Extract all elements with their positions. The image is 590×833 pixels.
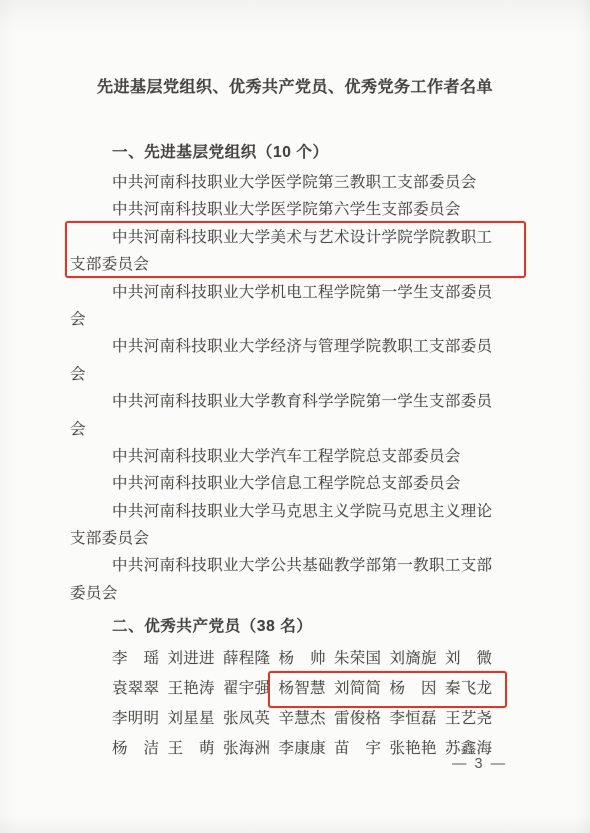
org-line: 中共河南科技职业大学马克思主义学院马克思主义理论 xyxy=(70,498,536,525)
page-number: — 3 — xyxy=(452,756,507,772)
member-name: 李康康 xyxy=(279,734,326,764)
member-name: 朱荣国 xyxy=(334,644,381,674)
member-name: 张艳艳 xyxy=(390,734,437,764)
member-name: 苗宇 xyxy=(334,734,381,764)
org-line: 中共河南科技职业大学经济与管理学院教职工支部委员 xyxy=(70,333,536,360)
member-name: 刘简简 xyxy=(334,674,381,704)
org-line-continuation: 会 xyxy=(70,361,536,388)
org-line: 中共河南科技职业大学公共基础教学部第一教职工支部 xyxy=(70,552,536,579)
member-name: 李恒磊 xyxy=(390,704,437,734)
member-name: 刘星星 xyxy=(168,704,215,734)
member-name: 王艺尧 xyxy=(445,704,492,734)
member-name: 刘进进 xyxy=(168,644,215,674)
section1-heading: 一、先进基层党组织（10 个） xyxy=(112,140,329,162)
org-line: 中共河南科技职业大学信息工程学院总支部委员会 xyxy=(70,470,536,497)
document-title: 先进基层党组织、优秀共产党员、优秀党务工作者名单 xyxy=(0,74,590,97)
org-line-continuation: 支部委员会 xyxy=(70,251,536,278)
section2-heading: 二、优秀共产党员（38 名） xyxy=(112,614,312,636)
member-name: 王艳涛 xyxy=(168,674,215,704)
org-line: 中共河南科技职业大学医学院第三教职工支部委员会 xyxy=(70,169,536,196)
org-line-continuation: 会 xyxy=(70,416,536,443)
org-line-continuation: 支部委员会 xyxy=(70,525,536,552)
member-name: 李明明 xyxy=(112,704,159,734)
scanned-document-page: 先进基层党组织、优秀共产党员、优秀党务工作者名单 一、先进基层党组织（10 个）… xyxy=(0,0,590,833)
org-line-continuation: 委员会 xyxy=(70,580,536,607)
member-name: 雷俊格 xyxy=(334,704,381,734)
member-name: 李瑶 xyxy=(112,644,159,674)
org-line: 中共河南科技职业大学医学院第六学生支部委员会 xyxy=(70,196,536,223)
member-row: 杨洁 王萌 张海洲 李康康 苗宇 张艳艳 苏鑫海 xyxy=(112,734,492,764)
member-row: 李明明 刘星星 张凤英 辛慧杰 雷俊格 李恒磊 王艺尧 xyxy=(112,704,492,734)
scan-shadow-top xyxy=(0,0,590,34)
member-name: 翟宇强 xyxy=(223,674,270,704)
scan-shadow-left xyxy=(0,0,14,833)
org-line: 中共河南科技职业大学机电工程学院第一学生支部委员 xyxy=(70,279,536,306)
org-line: 中共河南科技职业大学教育科学学院第一学生支部委员 xyxy=(70,388,536,415)
org-line-continuation: 会 xyxy=(70,306,536,333)
member-name: 杨因 xyxy=(390,674,437,704)
member-name: 秦飞龙 xyxy=(445,674,492,704)
org-list: 中共河南科技职业大学医学院第三教职工支部委员会 中共河南科技职业大学医学院第六学… xyxy=(70,169,536,607)
member-name: 王萌 xyxy=(168,734,215,764)
member-name: 薛程隆 xyxy=(223,644,270,674)
member-name: 刘微 xyxy=(445,644,492,674)
org-line: 中共河南科技职业大学美术与艺术设计学院学院教职工 xyxy=(70,224,536,251)
scan-shadow-bottom xyxy=(0,815,590,833)
member-row: 李瑶 刘进进 薛程隆 杨帅 朱荣国 刘旖旎 刘微 xyxy=(112,644,492,674)
member-name: 杨帅 xyxy=(279,644,326,674)
member-name: 张海洲 xyxy=(223,734,270,764)
scan-shadow-right xyxy=(576,0,590,833)
member-row: 袁翠翠 王艳涛 翟宇强 杨智慧 刘简简 杨因 秦飞龙 xyxy=(112,674,492,704)
member-name: 张凤英 xyxy=(223,704,270,734)
org-line: 中共河南科技职业大学汽车工程学院总支部委员会 xyxy=(70,443,536,470)
member-name: 杨洁 xyxy=(112,734,159,764)
member-name: 辛慧杰 xyxy=(279,704,326,734)
member-name-list: 李瑶 刘进进 薛程隆 杨帅 朱荣国 刘旖旎 刘微 袁翠翠 王艳涛 翟宇强 杨智慧… xyxy=(112,644,492,764)
member-name: 杨智慧 xyxy=(279,674,326,704)
member-name: 袁翠翠 xyxy=(112,674,159,704)
member-name: 刘旖旎 xyxy=(390,644,437,674)
